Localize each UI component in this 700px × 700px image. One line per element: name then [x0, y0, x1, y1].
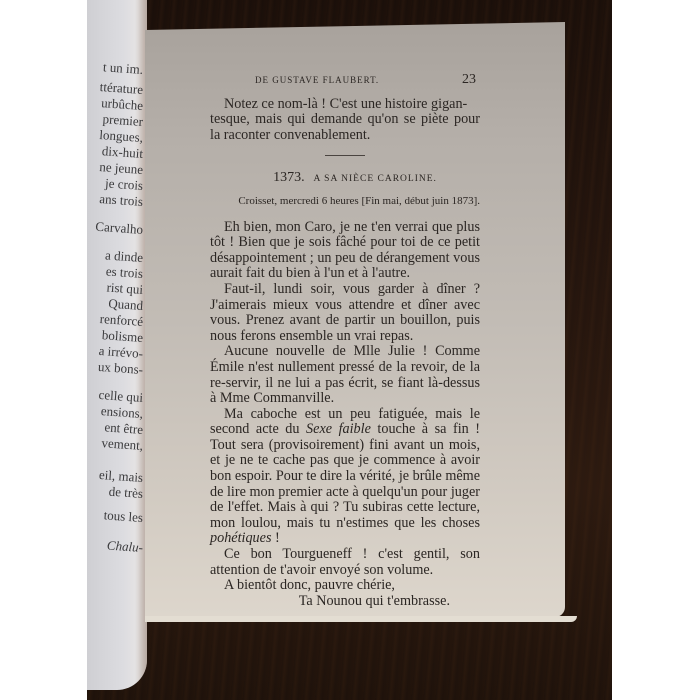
letter-paragraph: Aucune nouvelle de Mlle Julie ! Comme Ém…: [210, 344, 480, 406]
page-number: 23: [462, 72, 476, 88]
letter-recipient: A SA NIÈCE CAROLINE.: [313, 174, 436, 184]
letter-paragraph: Faut-il, lundi soir, vous garder à dîner…: [210, 282, 480, 344]
section-separator: [325, 155, 365, 156]
letter-closing: A bientôt donc, pauvre chérie,: [210, 578, 480, 594]
right-page-edge: [145, 616, 577, 622]
letter-number: 1373.: [273, 170, 305, 185]
running-head-title: DE GUSTAVE FLAUBERT.: [255, 73, 379, 89]
running-head: DE GUSTAVE FLAUBERT. 23: [255, 72, 480, 89]
opening-line: Notez ce nom-là ! C'est une histoire gig…: [210, 97, 480, 113]
letter-paragraph: Ce bon Tourgueneff ! c'est gentil, son a…: [210, 547, 480, 578]
opening-line: tesque, mais qui demande qu'on se piète …: [210, 112, 480, 143]
letter-signature: Ta Nounou qui t'embrasse.: [210, 594, 480, 610]
left-page: t un im.ttératureurbûchepremierlongues,d…: [87, 0, 147, 690]
letter-dateline: Croisset, mercredi 6 heures [Fin mai, dé…: [210, 194, 480, 210]
letter-heading: 1373. A SA NIÈCE CAROLINE.: [230, 170, 480, 188]
right-page-text: DE GUSTAVE FLAUBERT. 23 Notez ce nom-là …: [210, 72, 480, 609]
letter-paragraph: Ma caboche est un peu fatiguée, mais le …: [210, 407, 480, 547]
letter-paragraph: Eh bien, mon Caro, je ne t'en verrai que…: [210, 220, 480, 282]
